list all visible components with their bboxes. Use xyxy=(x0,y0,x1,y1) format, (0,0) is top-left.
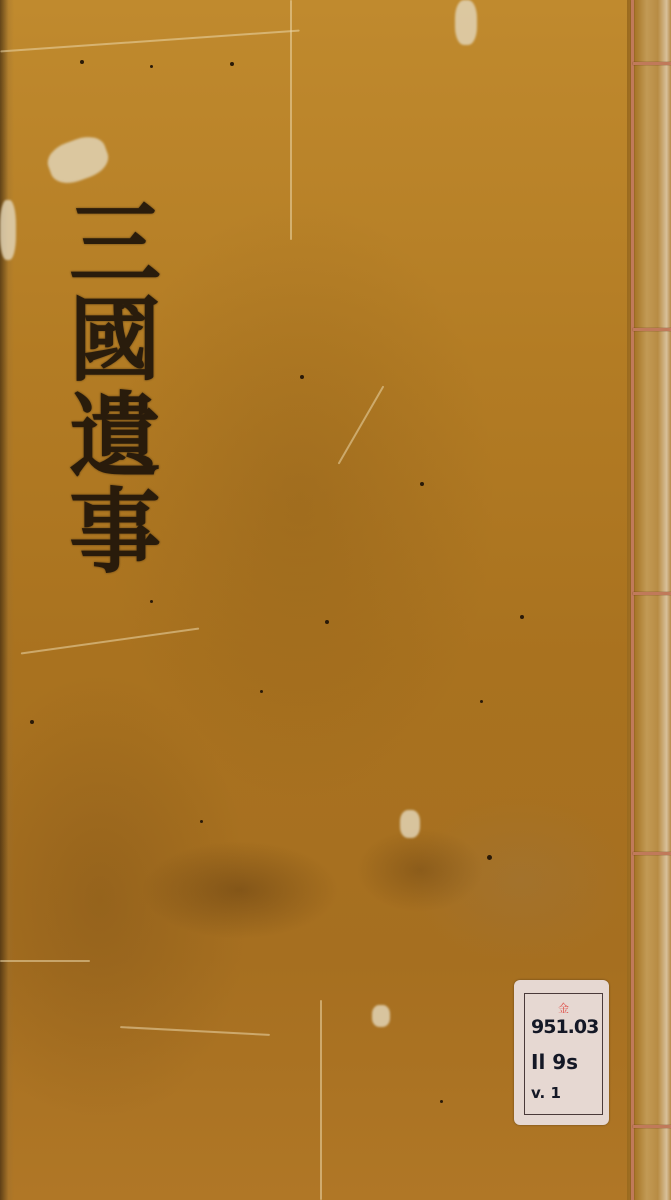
binding-stitch xyxy=(633,62,671,65)
crease xyxy=(0,30,299,53)
binding-stitch xyxy=(633,1125,671,1128)
call-number-cutter: Il 9s xyxy=(531,1050,578,1074)
book-title-calligraphy: 三國遺事 xyxy=(58,195,158,579)
crease xyxy=(120,1026,270,1036)
binding-stitch xyxy=(633,592,671,595)
spot xyxy=(440,1100,443,1103)
worn-left-edge xyxy=(0,0,14,1200)
crease xyxy=(338,386,385,465)
spot xyxy=(150,65,153,68)
crease xyxy=(320,1000,322,1200)
worn-patch xyxy=(455,0,477,45)
crease xyxy=(290,0,292,240)
call-number-volume: v. 1 xyxy=(531,1084,561,1102)
worn-patch xyxy=(372,1005,390,1027)
crease xyxy=(0,960,90,962)
worn-patch xyxy=(43,131,113,189)
spot xyxy=(230,62,234,66)
spot xyxy=(520,615,524,619)
binding-stitch xyxy=(633,328,671,331)
spot xyxy=(300,375,304,379)
spot xyxy=(80,60,84,64)
spot xyxy=(260,690,263,693)
spot xyxy=(487,855,492,860)
worn-patch xyxy=(400,810,420,838)
call-number-class: 951.03 xyxy=(531,1016,598,1038)
label-frame: 金 951.03 Il 9s v. 1 xyxy=(524,993,603,1115)
binding-thread xyxy=(631,0,634,1200)
spot xyxy=(420,482,424,486)
library-seal-mark: 金 xyxy=(525,1000,602,1016)
book-cover: 三國遺事 金 951.03 Il 9s v. 1 xyxy=(0,0,671,1200)
spot xyxy=(200,820,203,823)
worn-patch xyxy=(0,200,16,260)
binding-stitch xyxy=(633,852,671,855)
spot xyxy=(325,620,329,624)
crease xyxy=(21,627,200,654)
spot xyxy=(150,600,153,603)
library-call-number-label: 金 951.03 Il 9s v. 1 xyxy=(514,980,609,1125)
spot xyxy=(30,720,34,724)
spot xyxy=(480,700,483,703)
